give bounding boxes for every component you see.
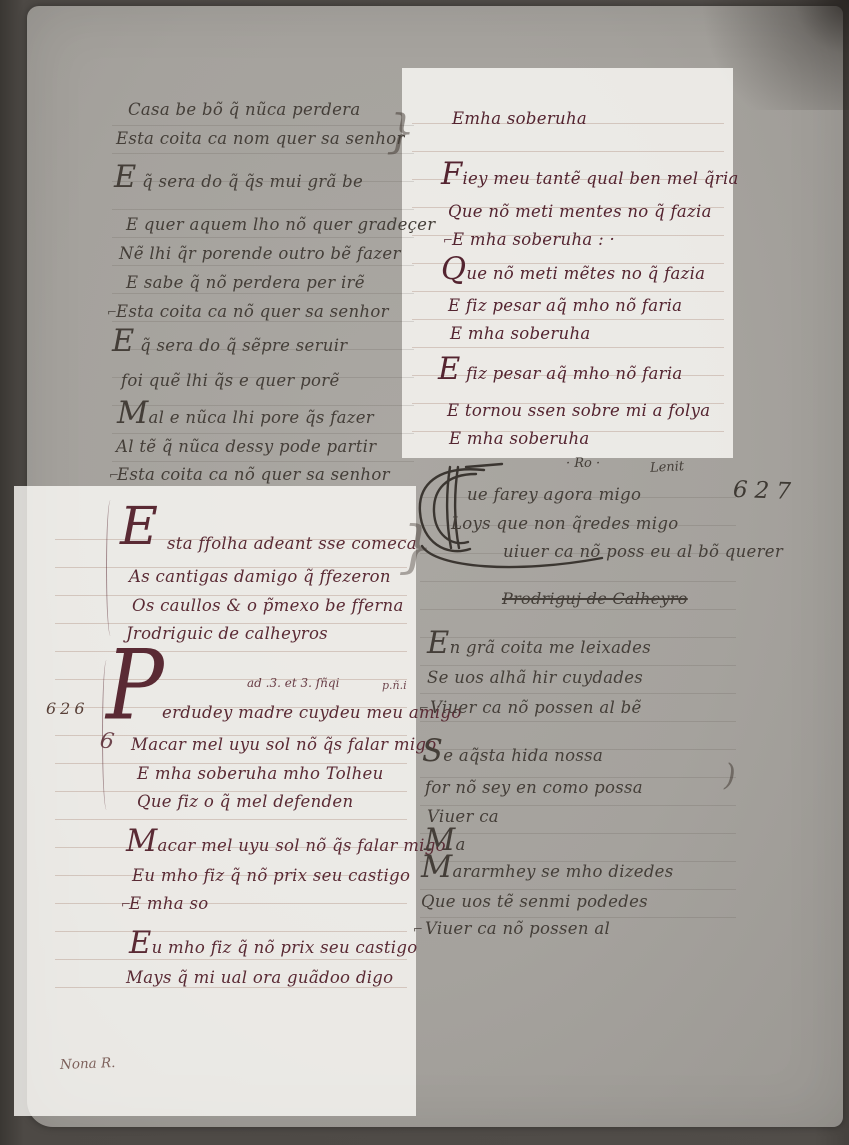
verse-line: Mal e nũca lhi pore q̃s fazer: [117, 409, 374, 427]
verse-line: Se uos alhã hir cuydades: [427, 669, 643, 687]
verse-line: Macar mel uyu sol nõ q̃s falar migo: [131, 736, 437, 754]
verse-line: E mha soberuha mho Tolheu: [137, 765, 384, 783]
marginal-annotation: Lenit: [650, 459, 685, 476]
verse-line: Macar mel uyu sol nõ q̃s falar migo: [126, 837, 446, 855]
verse-line: Fiey meu tantẽ qual ben mel q̃ria: [441, 170, 739, 188]
verse-line: Mays q̃ mi ual ora guãdoo digo: [126, 969, 393, 987]
verse-line: Al tẽ q̃ nũca dessy pode partir: [116, 438, 376, 456]
verse-line: Nẽ lhi q̃r porende outro bẽ fazer: [119, 245, 401, 263]
folio-number-627: 627: [733, 477, 799, 505]
verse-line: E tornou ssen sobre mi a folya: [447, 402, 710, 420]
rubric-line: As cantigas damigo q̃ ffezeron: [129, 568, 391, 586]
verse-line: E sabe q̃ nõ perdera per irẽ: [126, 274, 365, 292]
verse-line: E fiz pesar aq̃ mho nõ faria: [448, 297, 682, 315]
verse-line: Que fiz o q̃ mel defenden: [137, 793, 353, 811]
verse-line: Emha soberuha: [452, 110, 587, 128]
marginal-annotation: p.ñ.i: [382, 679, 407, 692]
verse-line: for nõ sey en como possa: [425, 779, 643, 797]
verse-line: Que nõ meti mentes no q̃ fazia: [448, 203, 712, 221]
struck-attribution: Prodriguj de Calheyro: [502, 590, 688, 608]
rubric-line: Os caullos & o p̃mexo be fferna: [132, 597, 404, 615]
verse-line: Esta coita ca nõ quer sa senhor: [117, 466, 390, 484]
verse-line: Esta coita ca nõ quer sa senhor: [116, 303, 389, 321]
drop-cap-P: P: [106, 630, 164, 742]
folio-number-626: 626: [46, 699, 89, 718]
verse-line: E quer aquem lho nõ quer gradeçer: [126, 216, 435, 234]
verse-line: E fiz pesar aq̃ mho nõ faria: [438, 365, 683, 383]
verse-line: Eu mho fiz q̃ nõ prix seu castigo: [132, 867, 410, 885]
verse-line: E mha soberuha : ·: [452, 231, 615, 249]
verse-line: uiuer ca nõ poss eu al bõ querer: [503, 543, 783, 561]
verse-line: E mha soberuha: [449, 430, 590, 448]
rubric-initial: E: [120, 497, 158, 557]
rubric-line: sta ffolha adeant sse comeca: [167, 535, 417, 553]
verse-line: Que nõ meti mẽtes no q̃ fazia: [441, 265, 705, 283]
verse-line: E q̃ sera do q̃ q̃s mui grã be: [114, 173, 363, 191]
scribal-note: Nona R.: [60, 1055, 116, 1073]
verse-line: Casa be bõ q̃ nũca perdera: [128, 101, 360, 119]
verse-line: erdudey madre cuydeu meu amigo: [162, 704, 462, 722]
verse-line: Mararmhey se mho dizedes: [421, 863, 674, 881]
verse-line: E q̃ sera do q̃ sẽpre seruir: [112, 337, 347, 355]
verse-line: ue farey agora migo: [467, 486, 641, 504]
refrain-mark-icon: ⌐: [419, 701, 429, 715]
verse-line: Loys que non q̃redes migo: [451, 515, 678, 533]
verse-line: E mha soberuha: [450, 325, 591, 343]
verse-line: Esta coita ca nom quer sa senhor: [116, 130, 405, 148]
verse-line: E mha so: [129, 895, 208, 913]
verse-line: Viuer ca nõ possen al: [425, 920, 610, 938]
marginal-annotation: ad .3. et 3. ſñqi: [247, 676, 339, 690]
refrain-mark-icon: ⌐: [413, 922, 423, 936]
verse-line: Que uos tẽ senmi podedes: [421, 893, 648, 911]
verse-line: Eu mho fiz q̃ nõ prix seu castigo: [129, 939, 417, 957]
verse-line: Se aq̃sta hida nossa: [422, 747, 603, 765]
verse-line: Viuer ca nõ possen al bẽ: [430, 699, 642, 717]
verse-line: En grã coita me leixades: [427, 639, 651, 657]
manuscript-photo: } } ) Casa be bõ q̃ nũca perdera Esta co…: [0, 0, 849, 1145]
verse-line: foi quẽ lhi q̃s e quer porẽ: [121, 372, 340, 390]
